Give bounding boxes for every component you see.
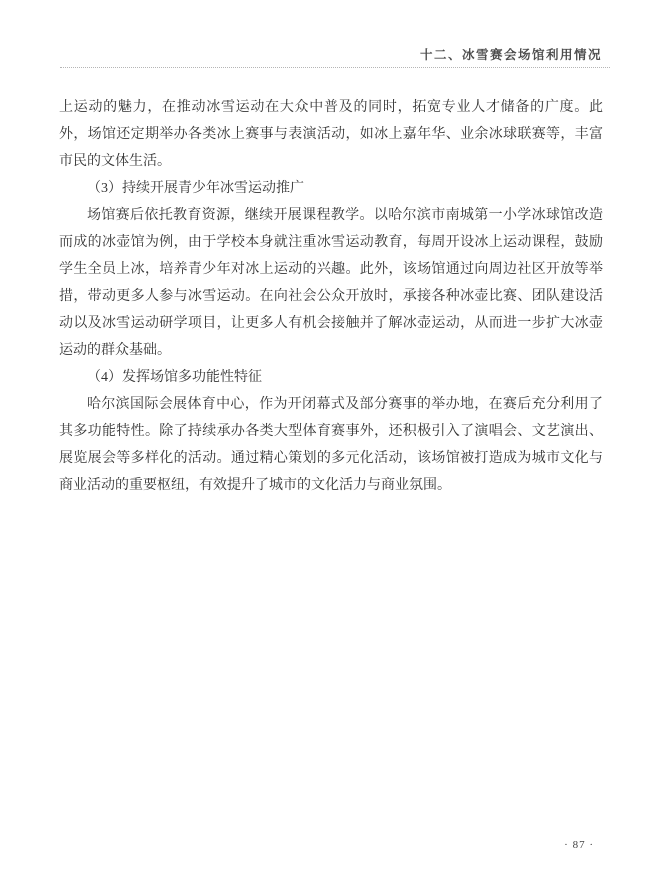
section-heading-3: （3）持续开展青少年冰雪运动推广 (59, 175, 603, 202)
page-body-text: 上运动的魅力，在推动冰雪运动在大众中普及的同时，拓宽专业人才储备的广度。此外，场… (59, 94, 603, 499)
running-header-title: 十二、冰雪赛会场馆利用情况 (420, 45, 602, 63)
body-paragraph: 场馆赛后依托教育资源，继续开展课程教学。以哈尔滨市南城第一小学冰球馆改造而成的冰… (59, 202, 603, 364)
header-dotted-rule (60, 67, 610, 68)
body-paragraph: 哈尔滨国际会展体育中心，作为开闭幕式及部分赛事的举办地，在赛后充分利用了其多功能… (59, 391, 603, 499)
document-page: 十二、冰雪赛会场馆利用情况 上运动的魅力，在推动冰雪运动在大众中普及的同时，拓宽… (0, 0, 660, 896)
page-number: · 87 · (564, 839, 594, 851)
body-paragraph-continuation: 上运动的魅力，在推动冰雪运动在大众中普及的同时，拓宽专业人才储备的广度。此外，场… (59, 94, 603, 175)
section-heading-4: （4）发挥场馆多功能性特征 (59, 364, 603, 391)
